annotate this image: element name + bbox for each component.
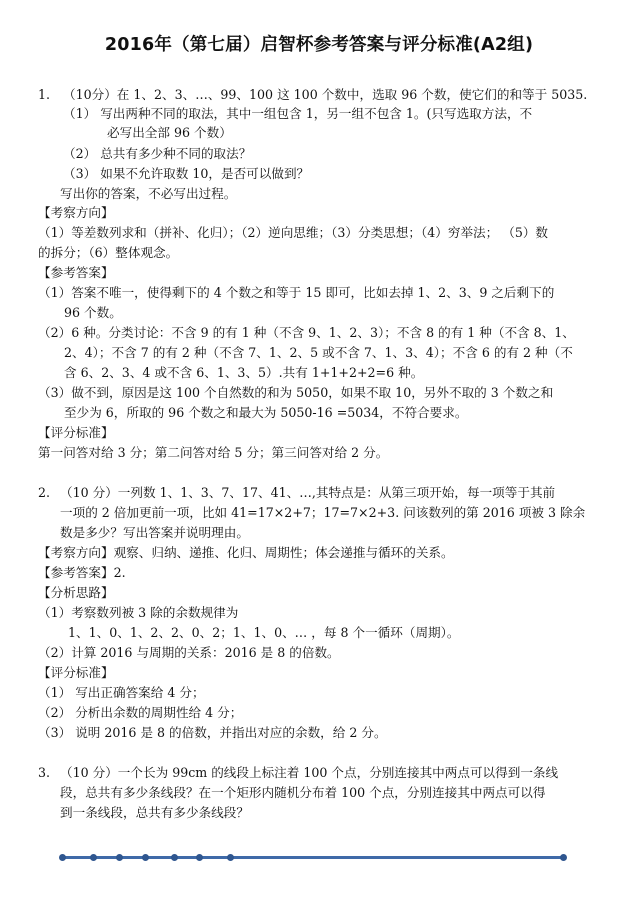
text-line: （10 分）一个长为 99cm 的线段上标注着 100 个点，分别连接其中两点可…: [60, 765, 558, 781]
text-line: 一项的 2 倍加更前一项，比如 41=17×2+7；17=7×2+3. 问该数列…: [60, 505, 585, 521]
text-line: 含 6、2、3、4 或不含 6、1、3、5）.共有 1+1+2+2=6 种。: [64, 365, 423, 381]
text-line: （3） 如果不允许取数 10，是否可以做到？: [63, 166, 309, 182]
text-line: 1、1、0、1、2、2、0、2；1、1、0、… ，每 8 个一循环（周期）。: [68, 625, 460, 641]
text-line: 【参考答案】2.: [38, 565, 126, 581]
text-line: （1）答案不唯一，使得剩下的 4 个数之和等于 15 即可，比如去掉 1、2、3…: [38, 285, 554, 301]
text-line: 数是多少？写出答案并说明理由。: [60, 525, 249, 541]
point-dot-icon: [142, 854, 149, 861]
point-dot-icon: [196, 854, 203, 861]
point-dot-icon: [90, 854, 97, 861]
text-line: 2、4）；不含 7 的有 2 种（不含 7、1、2、5 或不含 7、1、3、4）…: [64, 345, 573, 361]
point-dot-icon: [560, 854, 567, 861]
question-number: 2.: [38, 485, 50, 501]
text-line: 写出你的答案，不必写出过程。: [60, 186, 236, 202]
question-number: 3.: [38, 765, 50, 781]
point-dot-icon: [59, 854, 66, 861]
text-line: （2）计算 2016 与周期的关系：2016 是 8 的倍数。: [38, 645, 340, 661]
text-line: （3）做不到，原因是这 100 个自然数的和为 5050，如果不取 10，另外不…: [38, 385, 553, 401]
text-line: （1） 写出正确答案给 4 分；: [38, 685, 205, 701]
question-number: 1.: [38, 87, 50, 103]
point-dot-icon: [116, 854, 123, 861]
line-segment: [62, 856, 564, 859]
text-line: 【考察方向】观察、归纳、递推、化归、周期性；体会递推与循环的关系。: [38, 545, 454, 561]
text-line: （2）6 种。分类讨论：不含 9 的有 1 种（不含 9、1、2、3）；不含 8…: [38, 325, 575, 341]
text-line: 段，总共有多少条线段？在一个矩形内随机分布着 100 个点，分别连接其中两点可以…: [60, 785, 545, 801]
text-line: （2） 总共有多少种不同的取法？: [63, 146, 251, 162]
text-line: 至少为 6，所取的 96 个数之和最大为 5050-16 =5034，不符合要求…: [64, 405, 467, 421]
point-dot-icon: [171, 854, 178, 861]
text-line: （10分）在 1、2、3、…、99、100 这 100 个数中，选取 96 个数…: [63, 87, 587, 103]
text-line: 【分析思路】: [38, 585, 114, 601]
text-line: （1） 写出两种不同的取法，其中一组包含 1，另一组不包含 1。(只写选取方法，…: [63, 106, 532, 122]
text-line: 【评分标准】: [38, 665, 114, 681]
text-line: （1）等差数列求和（拼补、化归）；（2）逆向思维；（3）分类思想；（4）穷举法；…: [38, 225, 548, 241]
text-line: 【参考答案】: [38, 265, 114, 281]
text-line: （10 分）一列数 1、1、3、7、17、41、…,其特点是：从第三项开始，每一…: [60, 485, 555, 501]
text-line: 第一问答对给 3 分；第二问答对给 5 分；第三问答对给 2 分。: [38, 445, 388, 461]
document-title: 2016年（第七届）启智杯参考答案与评分标准(A2组): [0, 31, 638, 56]
text-line: （2） 分析出余数的周期性给 4 分；: [38, 705, 242, 721]
text-line: 【考察方向】: [38, 205, 114, 221]
text-line: 必写出全部 96 个数）: [107, 125, 232, 141]
text-line: （1）考察数列被 3 除的余数规律为: [38, 605, 238, 621]
point-dot-icon: [227, 854, 234, 861]
text-line: 到一条线段，总共有多少条线段？: [60, 805, 249, 821]
text-line: （3） 说明 2016 是 8 的倍数，并指出对应的余数，给 2 分。: [38, 725, 387, 741]
text-line: 96 个数。: [64, 305, 122, 321]
text-line: 【评分标准】: [38, 425, 114, 441]
text-line: 的拆分；（6）整体观念。: [38, 245, 178, 261]
